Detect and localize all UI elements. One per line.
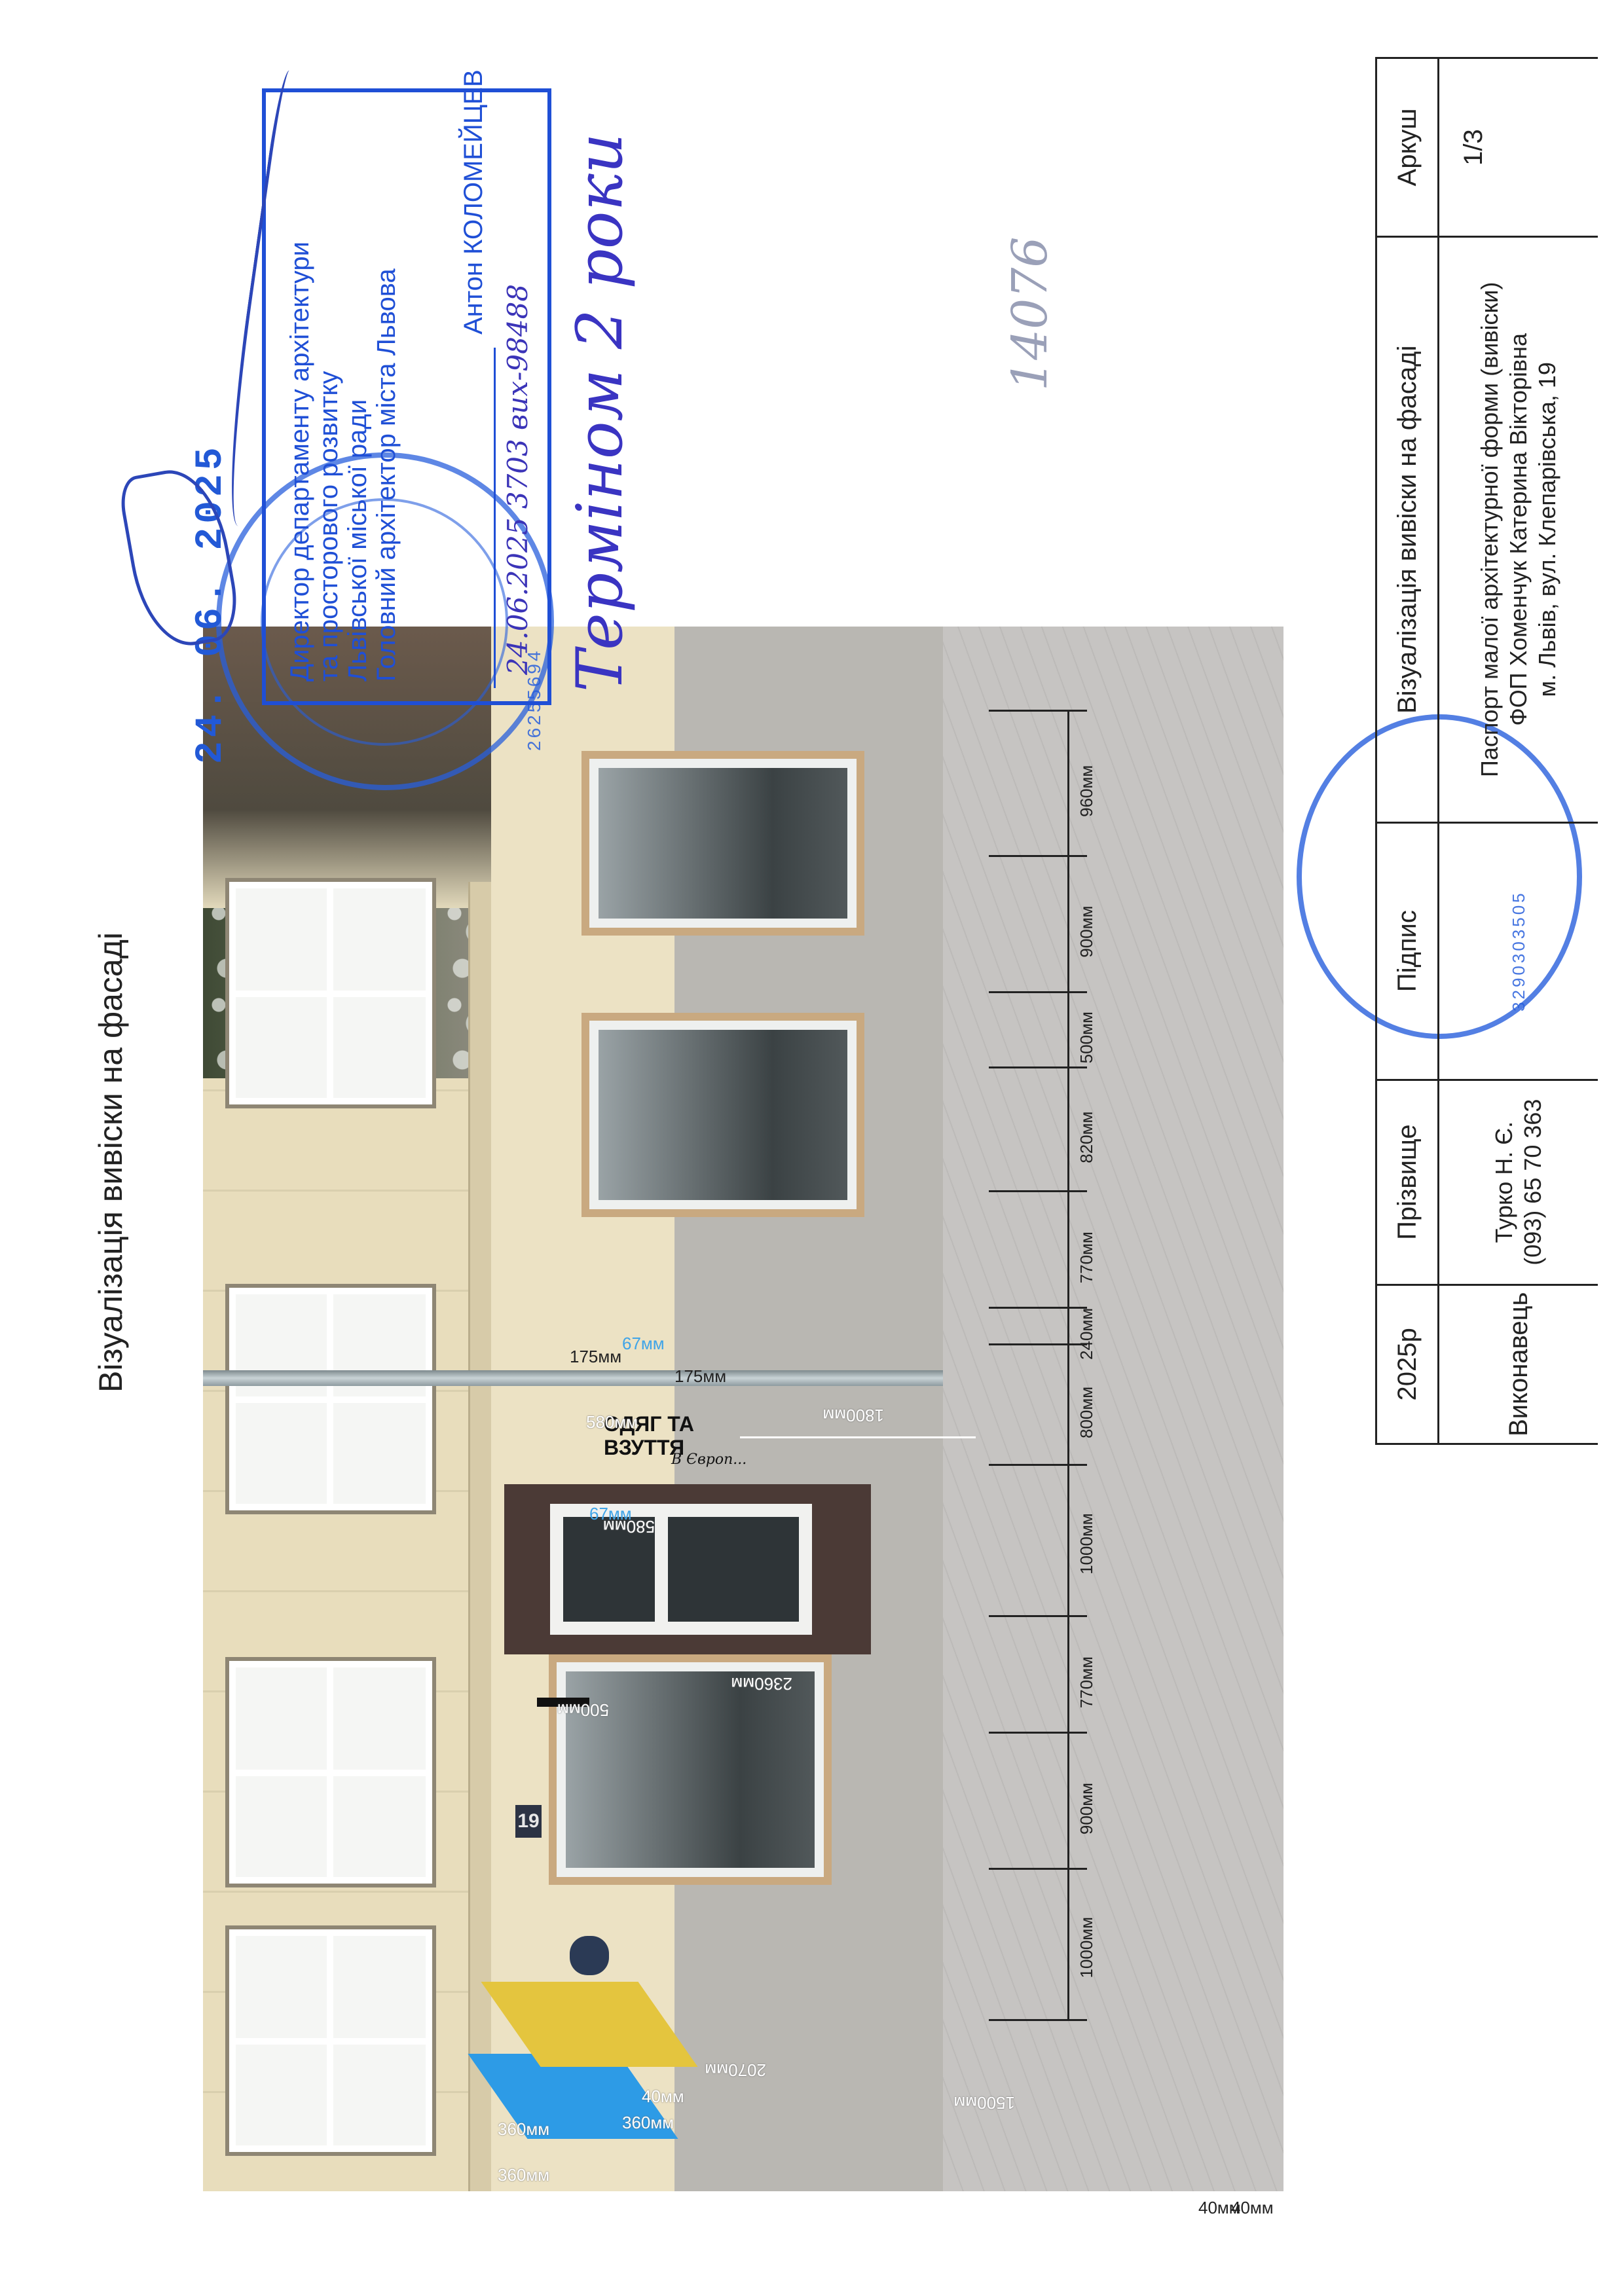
- handwritten-reference: 24.06.2025 3703 вих-98488: [502, 284, 534, 675]
- passport-line-1: Паспорт малої архітектурної форми (вивіс…: [1475, 244, 1504, 815]
- dim-line-sign-height: [740, 1436, 976, 1438]
- dimension-label: 1000мм: [1077, 1513, 1097, 1575]
- dim-flag-a: 360мм: [498, 2165, 549, 2185]
- sheet-header: Аркуш: [1376, 58, 1439, 237]
- ground-window: [557, 1662, 824, 1877]
- wall-lamp: [570, 1936, 609, 1975]
- dim-sign-offset-a: 175мм: [570, 1347, 621, 1367]
- shop-window: [589, 1021, 857, 1209]
- dimension-label: 960мм: [1077, 765, 1097, 817]
- upper-window: [229, 1661, 432, 1884]
- executor-phone: (093) 65 70 363: [1519, 1087, 1547, 1277]
- entrance-door: [504, 1484, 871, 1654]
- upper-window: [229, 882, 432, 1104]
- dimension-tick: [989, 1464, 1087, 1466]
- dim-flag-b: 360мм: [498, 2119, 549, 2140]
- dimension-label: 900мм: [1077, 1783, 1097, 1834]
- dimension-line: [1067, 712, 1069, 2021]
- dimension-tick: [989, 1190, 1087, 1192]
- executor-signature-cell: 3290303505: [1439, 822, 1598, 1080]
- handwritten-term: Терміном 2 роки: [563, 133, 637, 692]
- passport-cell: Паспорт малої архітектурної форми (вивіс…: [1439, 237, 1598, 823]
- approval-stamp-box: Директор департаменту архітектури та про…: [262, 88, 551, 705]
- dim-flag-height-a: 2070мм: [705, 2060, 766, 2080]
- dim-bracket-width: 500мм: [557, 1700, 609, 1720]
- approver-name: Антон КОЛОМЕЙЦЕВ: [459, 69, 488, 335]
- dim-flag-gap-b: 40мм: [1231, 2198, 1274, 2218]
- drainpipe: [203, 1370, 943, 1386]
- role-cell: Виконавець: [1439, 1285, 1598, 1444]
- page-title: Візуалізація вивіски на фасаді: [92, 932, 130, 1393]
- dimension-tick: [989, 1868, 1087, 1870]
- dimension-tick: [989, 1343, 1087, 1345]
- dim-sign-width-a: 580мм: [586, 1412, 638, 1432]
- dimension-label: 240мм: [1077, 1308, 1097, 1360]
- dim-flag-gap-c: 40мм: [642, 2086, 684, 2107]
- approval-line: Головний архітектор міста Львова: [372, 268, 401, 682]
- dim-flag-height-b: 1500мм: [953, 2092, 1015, 2113]
- title-block: 2025р Прізвище Підпис Візуалізація вивіс…: [1375, 57, 1598, 1445]
- signature-header: Підпис: [1376, 822, 1439, 1080]
- document-sheet: Візуалізація вивіски на фасаді 19: [0, 0, 1624, 2296]
- dimension-label: 770мм: [1077, 1231, 1097, 1283]
- upper-window: [229, 1929, 432, 2152]
- approval-line: Львівської міської ради: [343, 399, 372, 682]
- doc-title-cell: Візуалізація вивіски на фасаді: [1376, 237, 1439, 823]
- upper-window: [229, 1288, 432, 1510]
- dim-sign-height: 1800мм: [822, 1405, 884, 1425]
- dimension-tick: [989, 1615, 1087, 1617]
- house-number-plate: 19: [515, 1805, 542, 1838]
- dimension-label: 500мм: [1077, 1011, 1097, 1063]
- dimension-tick: [989, 855, 1087, 857]
- dimension-tick: [989, 710, 1087, 712]
- pavement: [943, 627, 1283, 2191]
- dim-bracket-height: 2360мм: [731, 1673, 792, 1694]
- passport-line-2: ФОП Хоменчук Катерина Вікторівна: [1504, 244, 1533, 815]
- dim-sign-depth-a: 67мм: [622, 1334, 665, 1354]
- pencil-number: 14076: [1002, 237, 1058, 391]
- executor-stamp-code: 3290303505: [1509, 830, 1529, 1072]
- dimension-label: 820мм: [1077, 1112, 1097, 1163]
- dim-sign-offset-b: 175мм: [674, 1366, 726, 1387]
- facade-photo: 19 ОДЯГ ТА ВЗУТТЯ В Європ... 175мм 175мм…: [203, 627, 1283, 2191]
- executor-surname: Турко Н. Є.: [1490, 1087, 1519, 1277]
- dimension-tick: [989, 991, 1087, 993]
- dimension-label: 900мм: [1077, 906, 1097, 958]
- signature-line: [494, 348, 496, 688]
- dimension-tick: [989, 2019, 1087, 2021]
- sheet-number: 1/3: [1439, 58, 1598, 237]
- surname-header: Прізвище: [1376, 1080, 1439, 1285]
- dimension-label: 1000мм: [1077, 1917, 1097, 1978]
- dim-sign-width-b: 580мм: [603, 1516, 655, 1537]
- passport-line-3: м. Львів, вул. Клепарівська, 19: [1533, 244, 1562, 815]
- dimension-tick: [989, 1066, 1087, 1068]
- year-cell: 2025р: [1376, 1285, 1439, 1444]
- shop-window: [589, 759, 857, 928]
- dimension-tick: [989, 1732, 1087, 1734]
- dimension-tick: [989, 1307, 1087, 1309]
- approval-line: та просторового розвитку: [314, 371, 343, 682]
- dimension-label: 800мм: [1077, 1387, 1097, 1438]
- sign-signature: В Європ...: [671, 1451, 747, 1468]
- executor-cell: Турко Н. Є. (093) 65 70 363: [1439, 1080, 1598, 1285]
- dim-flag-c: 360мм: [622, 2113, 674, 2133]
- dimension-label: 770мм: [1077, 1656, 1097, 1708]
